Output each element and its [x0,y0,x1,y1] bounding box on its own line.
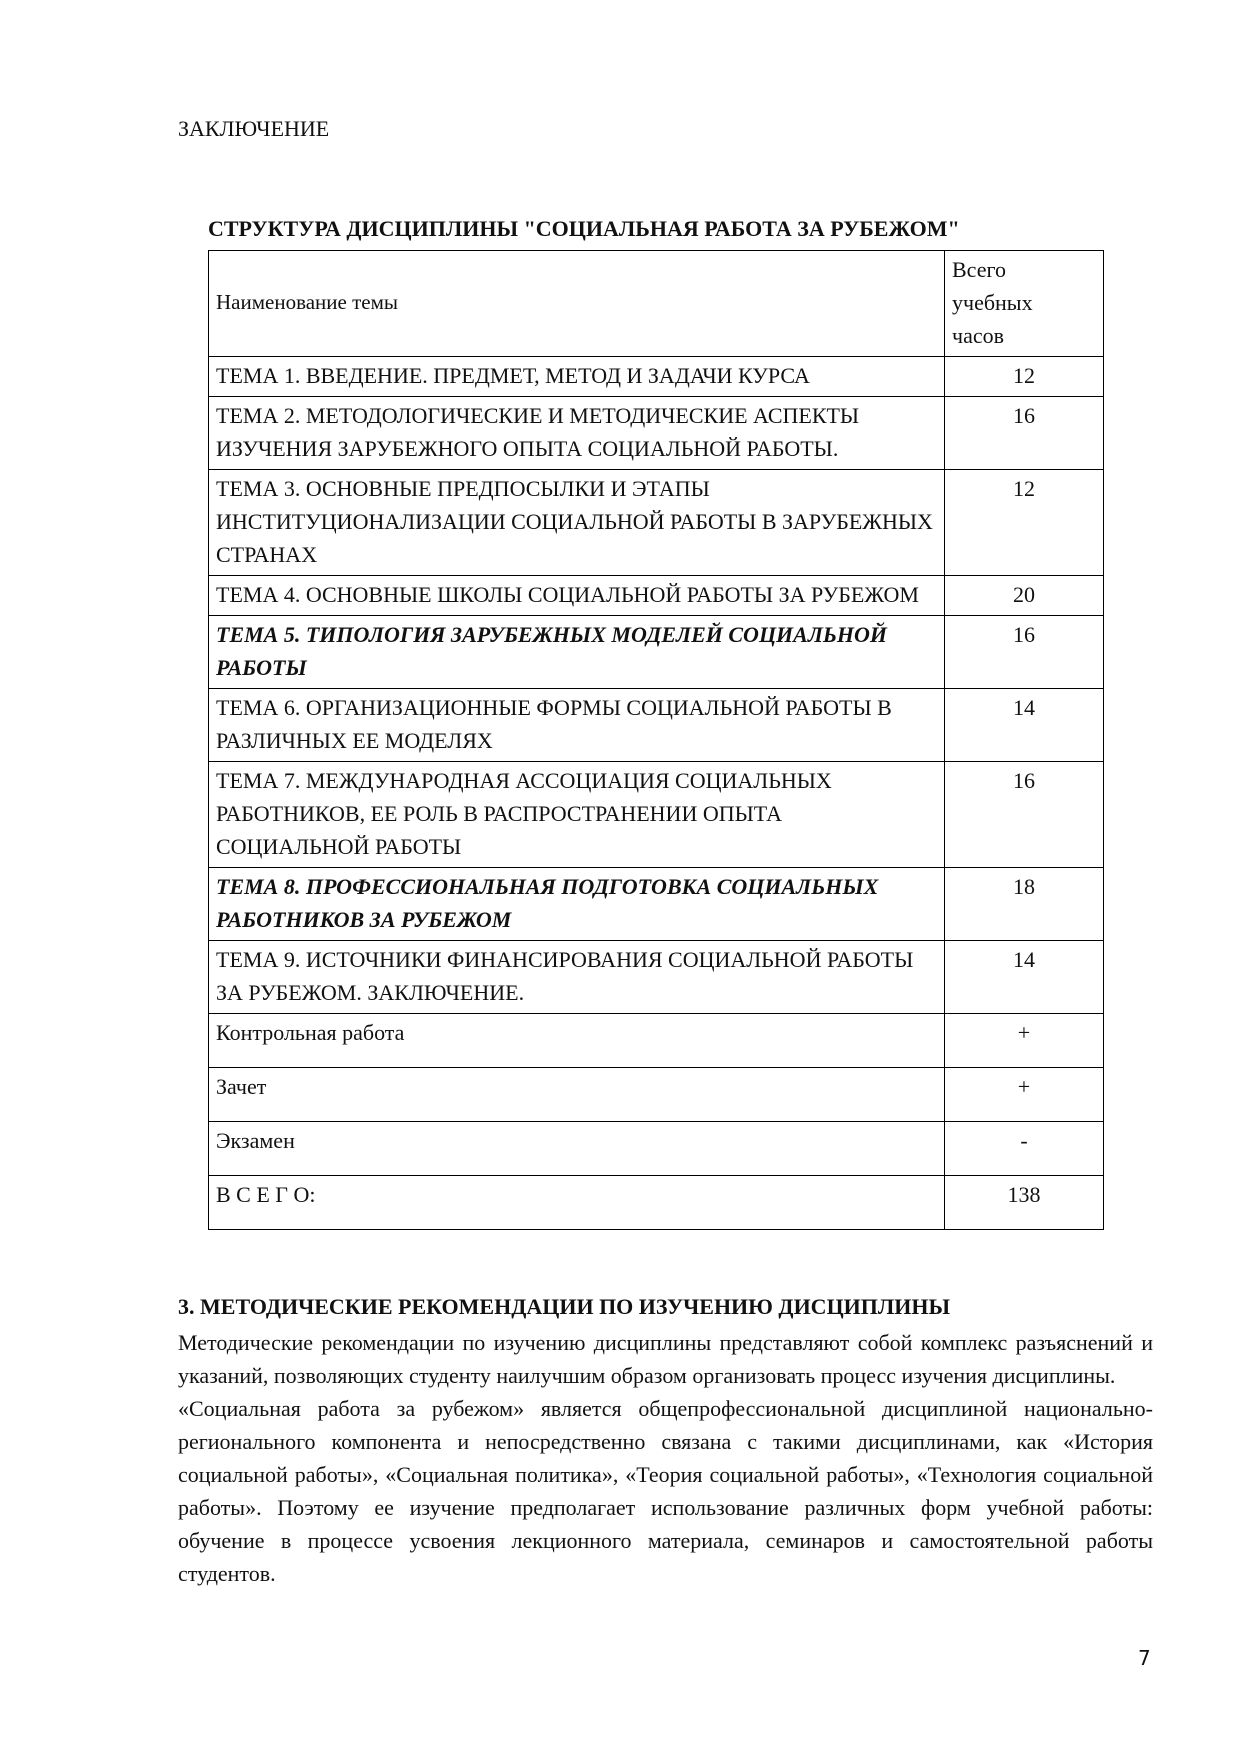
table-row: ТЕМА 8. ПРОФЕССИОНАЛЬНАЯ ПОДГОТОВКА СОЦИ… [209,868,1104,941]
table-row: ТЕМА 9. ИСТОЧНИКИ ФИНАНСИРОВАНИЯ СОЦИАЛЬ… [209,941,1104,1014]
table-header-row: Наименование темы Всего учебных часов [209,251,1104,357]
topic-name-cell: ТЕМА 8. ПРОФЕССИОНАЛЬНАЯ ПОДГОТОВКА СОЦИ… [209,868,945,941]
page-heading: ЗАКЛЮЧЕНИЕ [178,116,329,142]
topic-name-cell: ТЕМА 6. ОРГАНИЗАЦИОННЫЕ ФОРМЫ СОЦИАЛЬНОЙ… [209,689,945,762]
table-row: ТЕМА 7. МЕЖДУНАРОДНАЯ АССОЦИАЦИЯ СОЦИАЛЬ… [209,762,1104,868]
topic-hours-cell: 16 [945,762,1104,868]
table-row: ТЕМА 3. ОСНОВНЫЕ ПРЕДПОСЫЛКИ И ЭТАПЫ ИНС… [209,470,1104,576]
topic-hours-cell: + [945,1068,1104,1122]
topic-name-cell: Зачет [209,1068,945,1122]
table-row: ТЕМА 6. ОРГАНИЗАЦИОННЫЕ ФОРМЫ СОЦИАЛЬНОЙ… [209,689,1104,762]
topic-hours-cell: 14 [945,689,1104,762]
topic-hours-cell: - [945,1122,1104,1176]
topic-name-cell: ТЕМА 1. ВВЕДЕНИЕ. ПРЕДМЕТ, МЕТОД И ЗАДАЧ… [209,357,945,397]
topic-name-cell: ТЕМА 5. ТИПОЛОГИЯ ЗАРУБЕЖНЫХ МОДЕЛЕЙ СОЦ… [209,616,945,689]
topic-name-cell: ТЕМА 4. ОСНОВНЫЕ ШКОЛЫ СОЦИАЛЬНОЙ РАБОТЫ… [209,576,945,616]
topic-name-cell: ТЕМА 2. МЕТОДОЛОГИЧЕСКИЕ И МЕТОДИЧЕСКИЕ … [209,397,945,470]
table-row: ТЕМА 5. ТИПОЛОГИЯ ЗАРУБЕЖНЫХ МОДЕЛЕЙ СОЦ… [209,616,1104,689]
header-hours-line: учебных [952,286,1096,319]
table-row: Зачет+ [209,1068,1104,1122]
topic-name-cell: ТЕМА 7. МЕЖДУНАРОДНАЯ АССОЦИАЦИЯ СОЦИАЛЬ… [209,762,945,868]
topic-hours-cell: 14 [945,941,1104,1014]
topic-hours-cell: + [945,1014,1104,1068]
paragraph: «Социальная работа за рубежом» является … [178,1392,1153,1590]
section-heading: 3. МЕТОДИЧЕСКИЕ РЕКОМЕНДАЦИИ ПО ИЗУЧЕНИЮ… [178,1294,950,1320]
topic-name-cell: Экзамен [209,1122,945,1176]
paragraph: Методические рекомендации по изучению ди… [178,1326,1153,1392]
table-row: ТЕМА 4. ОСНОВНЫЕ ШКОЛЫ СОЦИАЛЬНОЙ РАБОТЫ… [209,576,1104,616]
section-body: Методические рекомендации по изучению ди… [178,1326,1153,1590]
table-row: ТЕМА 1. ВВЕДЕНИЕ. ПРЕДМЕТ, МЕТОД И ЗАДАЧ… [209,357,1104,397]
topic-hours-cell: 12 [945,357,1104,397]
topic-name-cell: ТЕМА 9. ИСТОЧНИКИ ФИНАНСИРОВАНИЯ СОЦИАЛЬ… [209,941,945,1014]
header-topic-name: Наименование темы [209,251,945,357]
header-hours-line: часов [952,319,1096,352]
topic-hours-cell: 16 [945,616,1104,689]
topic-hours-cell: 18 [945,868,1104,941]
topic-hours-cell: 20 [945,576,1104,616]
table-title: СТРУКТУРА ДИСЦИПЛИНЫ "СОЦИАЛЬНАЯ РАБОТА … [208,216,1108,242]
topic-name-cell: В С Е Г О: [209,1176,945,1230]
discipline-structure-table: Наименование темы Всего учебных часов ТЕ… [208,250,1104,1230]
topic-name-cell: Контрольная работа [209,1014,945,1068]
topic-name-cell: ТЕМА 3. ОСНОВНЫЕ ПРЕДПОСЫЛКИ И ЭТАПЫ ИНС… [209,470,945,576]
header-hours-line: Всего [952,253,1096,286]
topic-hours-cell: 12 [945,470,1104,576]
page-number: 7 [1138,1646,1151,1670]
header-total-hours: Всего учебных часов [945,251,1104,357]
table-row: Контрольная работа+ [209,1014,1104,1068]
topic-hours-cell: 16 [945,397,1104,470]
table-row: Экзамен- [209,1122,1104,1176]
table-row: В С Е Г О:138 [209,1176,1104,1230]
topic-hours-cell: 138 [945,1176,1104,1230]
table-row: ТЕМА 2. МЕТОДОЛОГИЧЕСКИЕ И МЕТОДИЧЕСКИЕ … [209,397,1104,470]
